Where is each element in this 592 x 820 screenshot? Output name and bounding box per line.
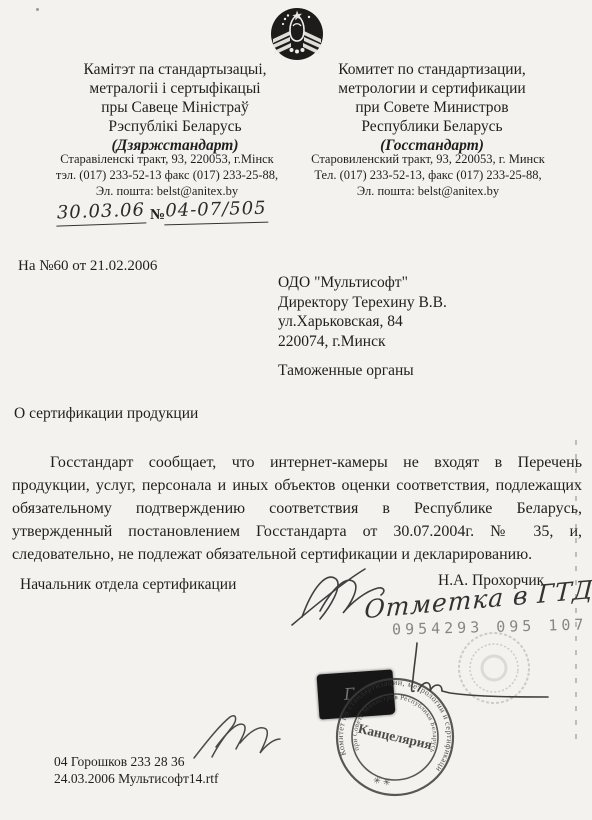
org-line: Комитет по стандартизации, <box>304 60 560 79</box>
stamp-ring-marks: ✳ ✳ <box>372 775 391 788</box>
handwritten-date: 30.03.06 <box>56 199 147 226</box>
recipient-company: ОДО "Мультисофт" <box>278 273 447 293</box>
scan-speck <box>36 8 39 11</box>
executor-line: 04 Горошков 233 28 36 <box>54 754 218 771</box>
scanned-letter: Камітэт па стандартызацыі, метралогіі і … <box>0 0 592 820</box>
org-line: Камітэт па стандартызацыі, <box>44 60 306 79</box>
recipient-street: ул.Харьковская, 84 <box>278 312 447 332</box>
executor-footer: 04 Горошков 233 28 36 24.03.2006 Мультис… <box>54 754 218 787</box>
address-line: Эл. пошта: belst@anitex.by <box>36 183 298 199</box>
org-line: метрологии и сертификации <box>304 79 560 98</box>
org-line: пры Савеце Міністраў <box>44 98 306 117</box>
subject-line: О сертификации продукции <box>14 405 198 423</box>
recipient-person: Директору Терехину В.В. <box>278 293 447 313</box>
stamp-center-text: Канцелярия <box>357 721 434 753</box>
org-line: при Совете Министров <box>304 98 560 117</box>
address-line: Эл. пошта: belst@anitex.by <box>300 183 556 199</box>
recipient-city: 220074, г.Минск <box>278 332 447 352</box>
address-line: Старовиленский тракт, 93, 220053, г. Мин… <box>300 151 556 167</box>
scan-artifact-line <box>575 440 577 740</box>
address-belarusian: Старавіленскі тракт, 93, 220053, г.Мінск… <box>36 151 298 199</box>
org-name-russian: Комитет по стандартизации, метрологии и … <box>304 60 560 155</box>
recipient-block: ОДО "Мультисофт" Директору Терехину В.В.… <box>278 273 447 381</box>
org-name-belarusian: Камітэт па стандартызацыі, метралогіі і … <box>44 60 306 155</box>
address-line: Старавіленскі тракт, 93, 220053, г.Мінск <box>36 151 298 167</box>
svg-text:Комитет по стандартизации, мет: Комитет по стандартизации, метрологии и … <box>324 662 466 776</box>
footer-file-line: 24.03.2006 Мультисофт14.rtf <box>54 771 218 788</box>
reply-reference: На №60 от 21.02.2006 <box>18 258 157 275</box>
chancellery-round-stamp: Комитет по стандартизации, метрологии и … <box>320 662 471 813</box>
org-line: Республики Беларусь <box>304 117 560 136</box>
recipient-extra: Таможенные органы <box>278 361 447 381</box>
org-line: Рэспублікі Беларусь <box>44 117 306 136</box>
stamp-ring-outer-text: Комитет по стандартизации, метрологии и … <box>324 662 466 776</box>
address-russian: Старовиленский тракт, 93, 220053, г. Мин… <box>300 151 556 199</box>
number-sign-label: № <box>150 207 165 224</box>
address-line: Тел. (017) 233-52-13, факс (017) 233-25-… <box>300 167 556 183</box>
letter-body: Госстандарт сообщает, что интернет-камер… <box>12 451 582 566</box>
signer-title: Начальник отдела сертификации <box>20 576 236 594</box>
org-line: метралогіі і сертыфікацыі <box>44 79 306 98</box>
belarus-coat-of-arms-icon <box>266 6 328 62</box>
handwritten-outgoing-number: 04-07/505 <box>164 198 269 226</box>
address-line: тэл. (017) 233-52-13 факс (017) 233-25-8… <box>36 167 298 183</box>
